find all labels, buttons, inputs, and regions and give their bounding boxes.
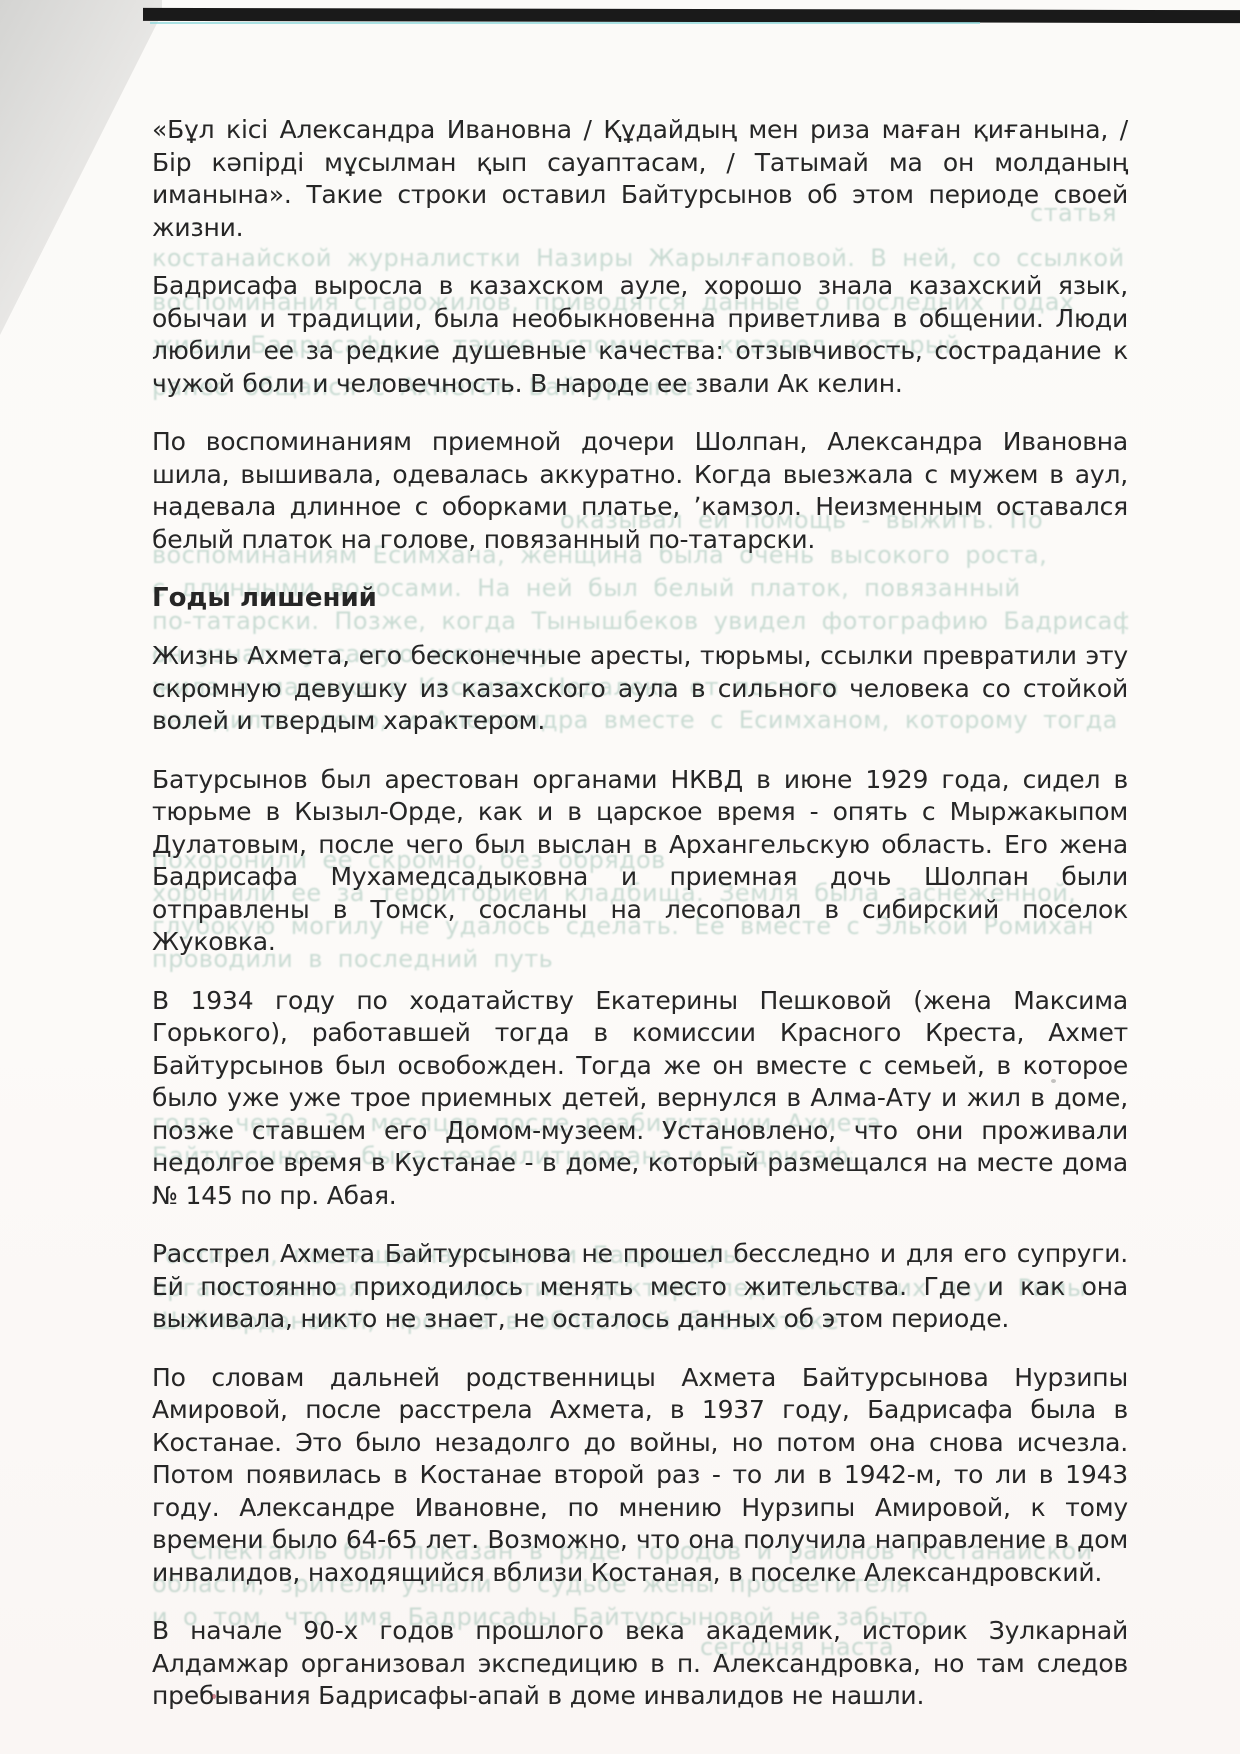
- scanned-document-page: статьякостанайской журналистки Назиры Жа…: [0, 0, 1240, 1754]
- scan-edge-top-bar: [143, 8, 1240, 23]
- quote-paragraph: «Бұл кісі Александра Ивановна / Құдайдың…: [152, 114, 1128, 244]
- paragraph-arrest-1929: Батурсынов был арестован органами НКВД в…: [152, 764, 1128, 959]
- paragraph-memories-sholpan: По воспоминаниям приемной дочери Шолпан,…: [152, 426, 1128, 556]
- paragraph-expedition-90s: В начале 90-х годов прошлого века академ…: [152, 1615, 1128, 1713]
- page-content: «Бұл кісі Александра Ивановна / Құдайдың…: [152, 114, 1128, 1739]
- scan-speck: [1051, 1079, 1056, 1083]
- paragraph-relative-account: По словам дальней родственницы Ахмета Ба…: [152, 1362, 1128, 1590]
- scan-edge-highlight-line: [150, 22, 980, 24]
- paragraph-after-execution: Расстрел Ахмета Байтурсынова не прошел б…: [152, 1238, 1128, 1336]
- paragraph-life-of-akhmet: Жизнь Ахмета, его бесконечные аресты, тю…: [152, 640, 1128, 738]
- scan-speck: [212, 1694, 216, 1699]
- paragraph-release-1934: В 1934 году по ходатайству Екатерины Пеш…: [152, 985, 1128, 1213]
- paragraph-badrisafa-aul: Бадрисафа выросла в казахском ауле, хоро…: [152, 270, 1128, 400]
- section-heading-years-of-hardship: Годы лишений: [152, 582, 1128, 614]
